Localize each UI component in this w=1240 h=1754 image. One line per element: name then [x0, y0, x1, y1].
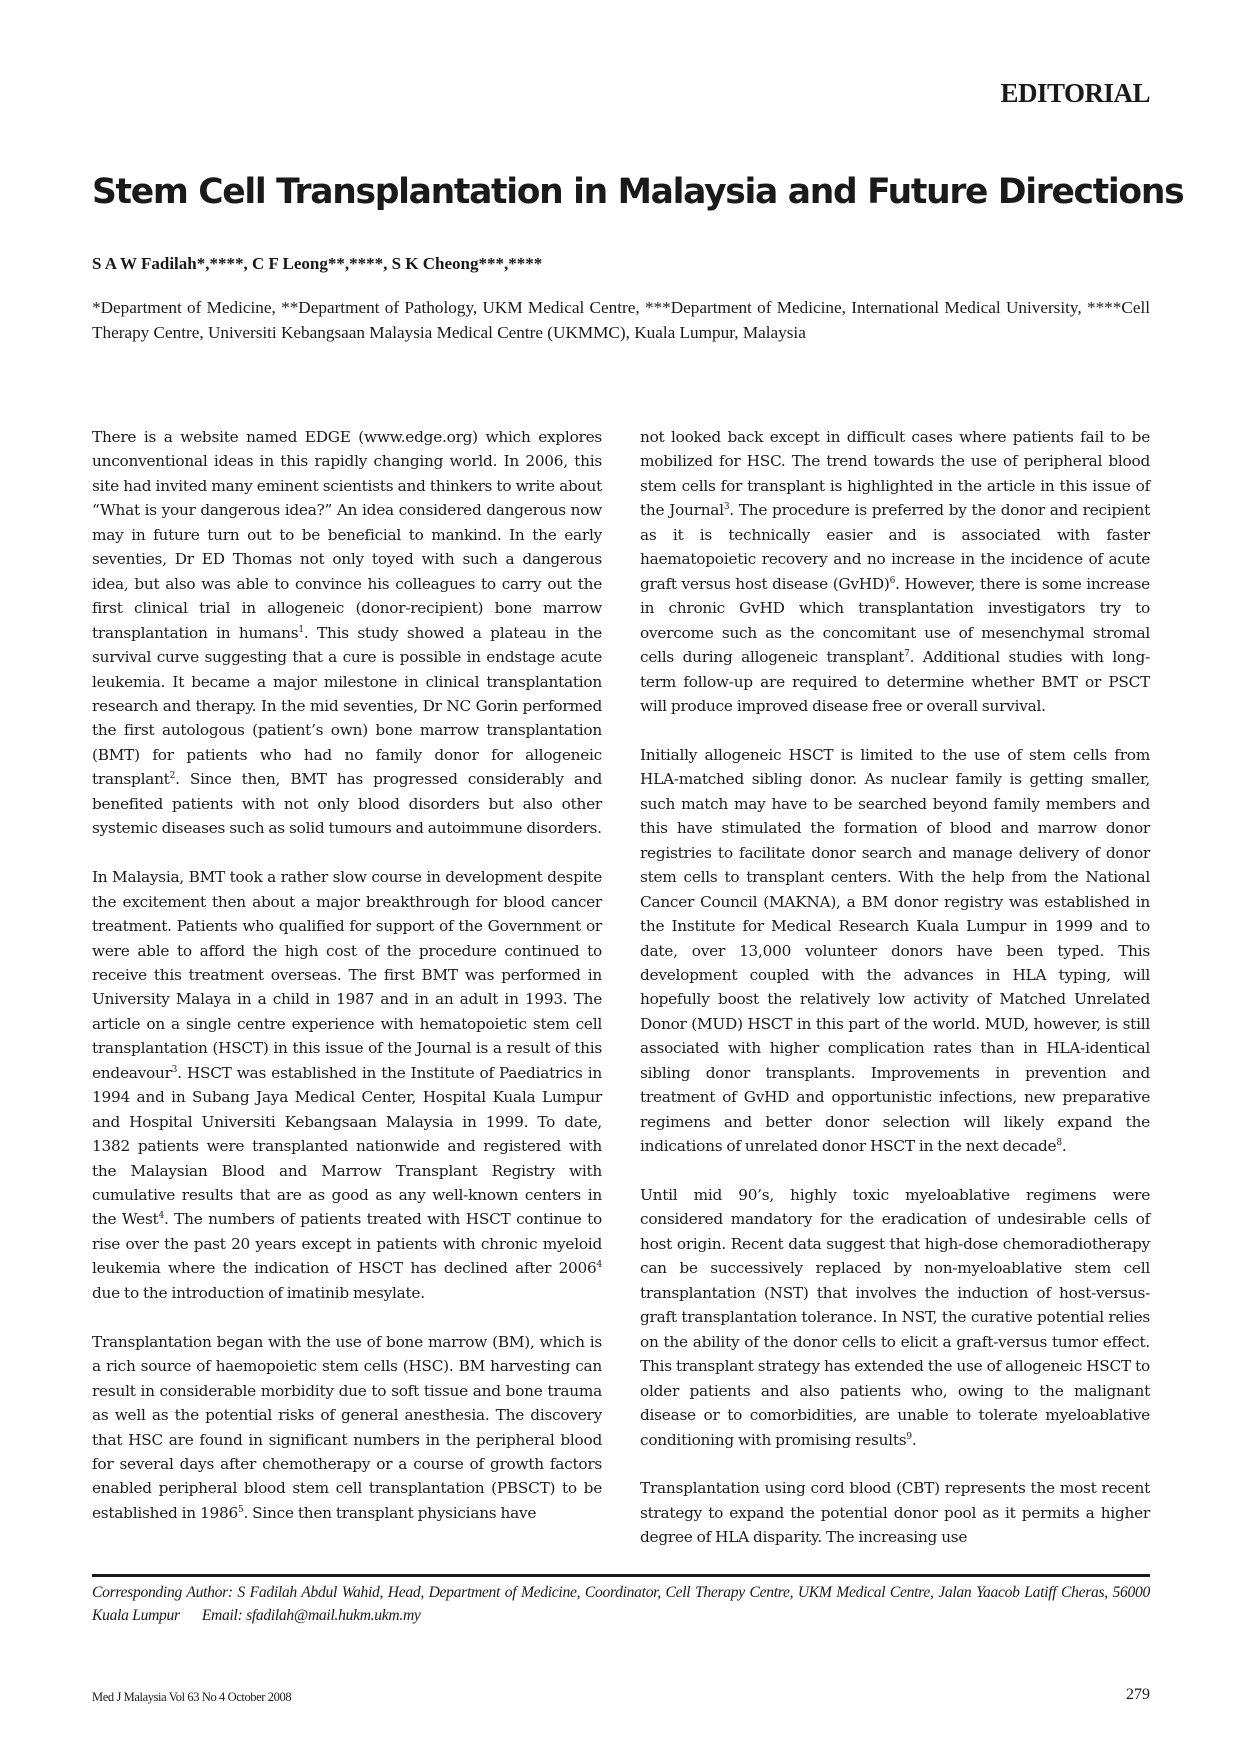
- paragraph-text: Until mid 90’s, highly toxic myeloablati…: [640, 1186, 1150, 1449]
- corresponding-author-email[interactable]: Email: sfadilah@mail.hukm.ukm.my: [202, 1607, 421, 1624]
- journal-page: EDITORIAL Stem Cell Transplantation in M…: [0, 0, 1240, 1754]
- body-paragraph: There is a website named EDGE (www.edge.…: [92, 425, 602, 841]
- body-paragraph: Until mid 90’s, highly toxic myeloablati…: [640, 1183, 1150, 1452]
- paragraph-text: . This study showed a plateau in the sur…: [92, 624, 602, 789]
- paragraph-text: . HSCT was established in the Institute …: [92, 1064, 602, 1229]
- author-affiliations: *Department of Medicine, **Department of…: [92, 296, 1150, 345]
- body-paragraph: Transplantation using cord blood (CBT) r…: [640, 1476, 1150, 1549]
- reference-superscript: 4: [597, 1260, 602, 1270]
- author-list: S A W Fadilah*,****, C F Leong**,****, S…: [92, 254, 542, 274]
- paragraph-text: .: [912, 1431, 917, 1449]
- body-paragraph: Transplantation began with the use of bo…: [92, 1330, 602, 1526]
- paragraph-text: Transplantation began with the use of bo…: [92, 1333, 602, 1522]
- paragraph-text: There is a website named EDGE (www.edge.…: [92, 428, 602, 642]
- page-number: 279: [1126, 1686, 1150, 1704]
- journal-citation: Med J Malaysia Vol 63 No 4 October 2008: [92, 1690, 291, 1705]
- body-column-left: There is a website named EDGE (www.edge.…: [92, 425, 602, 1525]
- paragraph-text: Transplantation using cord blood (CBT) r…: [640, 1479, 1150, 1546]
- paragraph-text: Initially allogeneic HSCT is limited to …: [640, 746, 1150, 1155]
- section-label: EDITORIAL: [1000, 78, 1150, 109]
- paragraph-text: .: [1062, 1137, 1067, 1155]
- footnote-divider: [92, 1574, 1150, 1577]
- paragraph-text: . Since then transplant physicians have: [243, 1504, 536, 1522]
- paragraph-text: In Malaysia, BMT took a rather slow cour…: [92, 868, 602, 1082]
- paragraph-text: . The numbers of patients treated with H…: [92, 1210, 602, 1277]
- paragraph-text: due to the introduction of imatinib mesy…: [92, 1284, 425, 1302]
- body-paragraph: In Malaysia, BMT took a rather slow cour…: [92, 865, 602, 1305]
- body-column-right: not looked back except in difficult case…: [640, 425, 1150, 1550]
- body-paragraph: Initially allogeneic HSCT is limited to …: [640, 743, 1150, 1159]
- article-title: Stem Cell Transplantation in Malaysia an…: [92, 172, 1152, 212]
- corresponding-author-note: Corresponding Author: S Fadilah Abdul Wa…: [92, 1581, 1150, 1627]
- body-paragraph: not looked back except in difficult case…: [640, 425, 1150, 718]
